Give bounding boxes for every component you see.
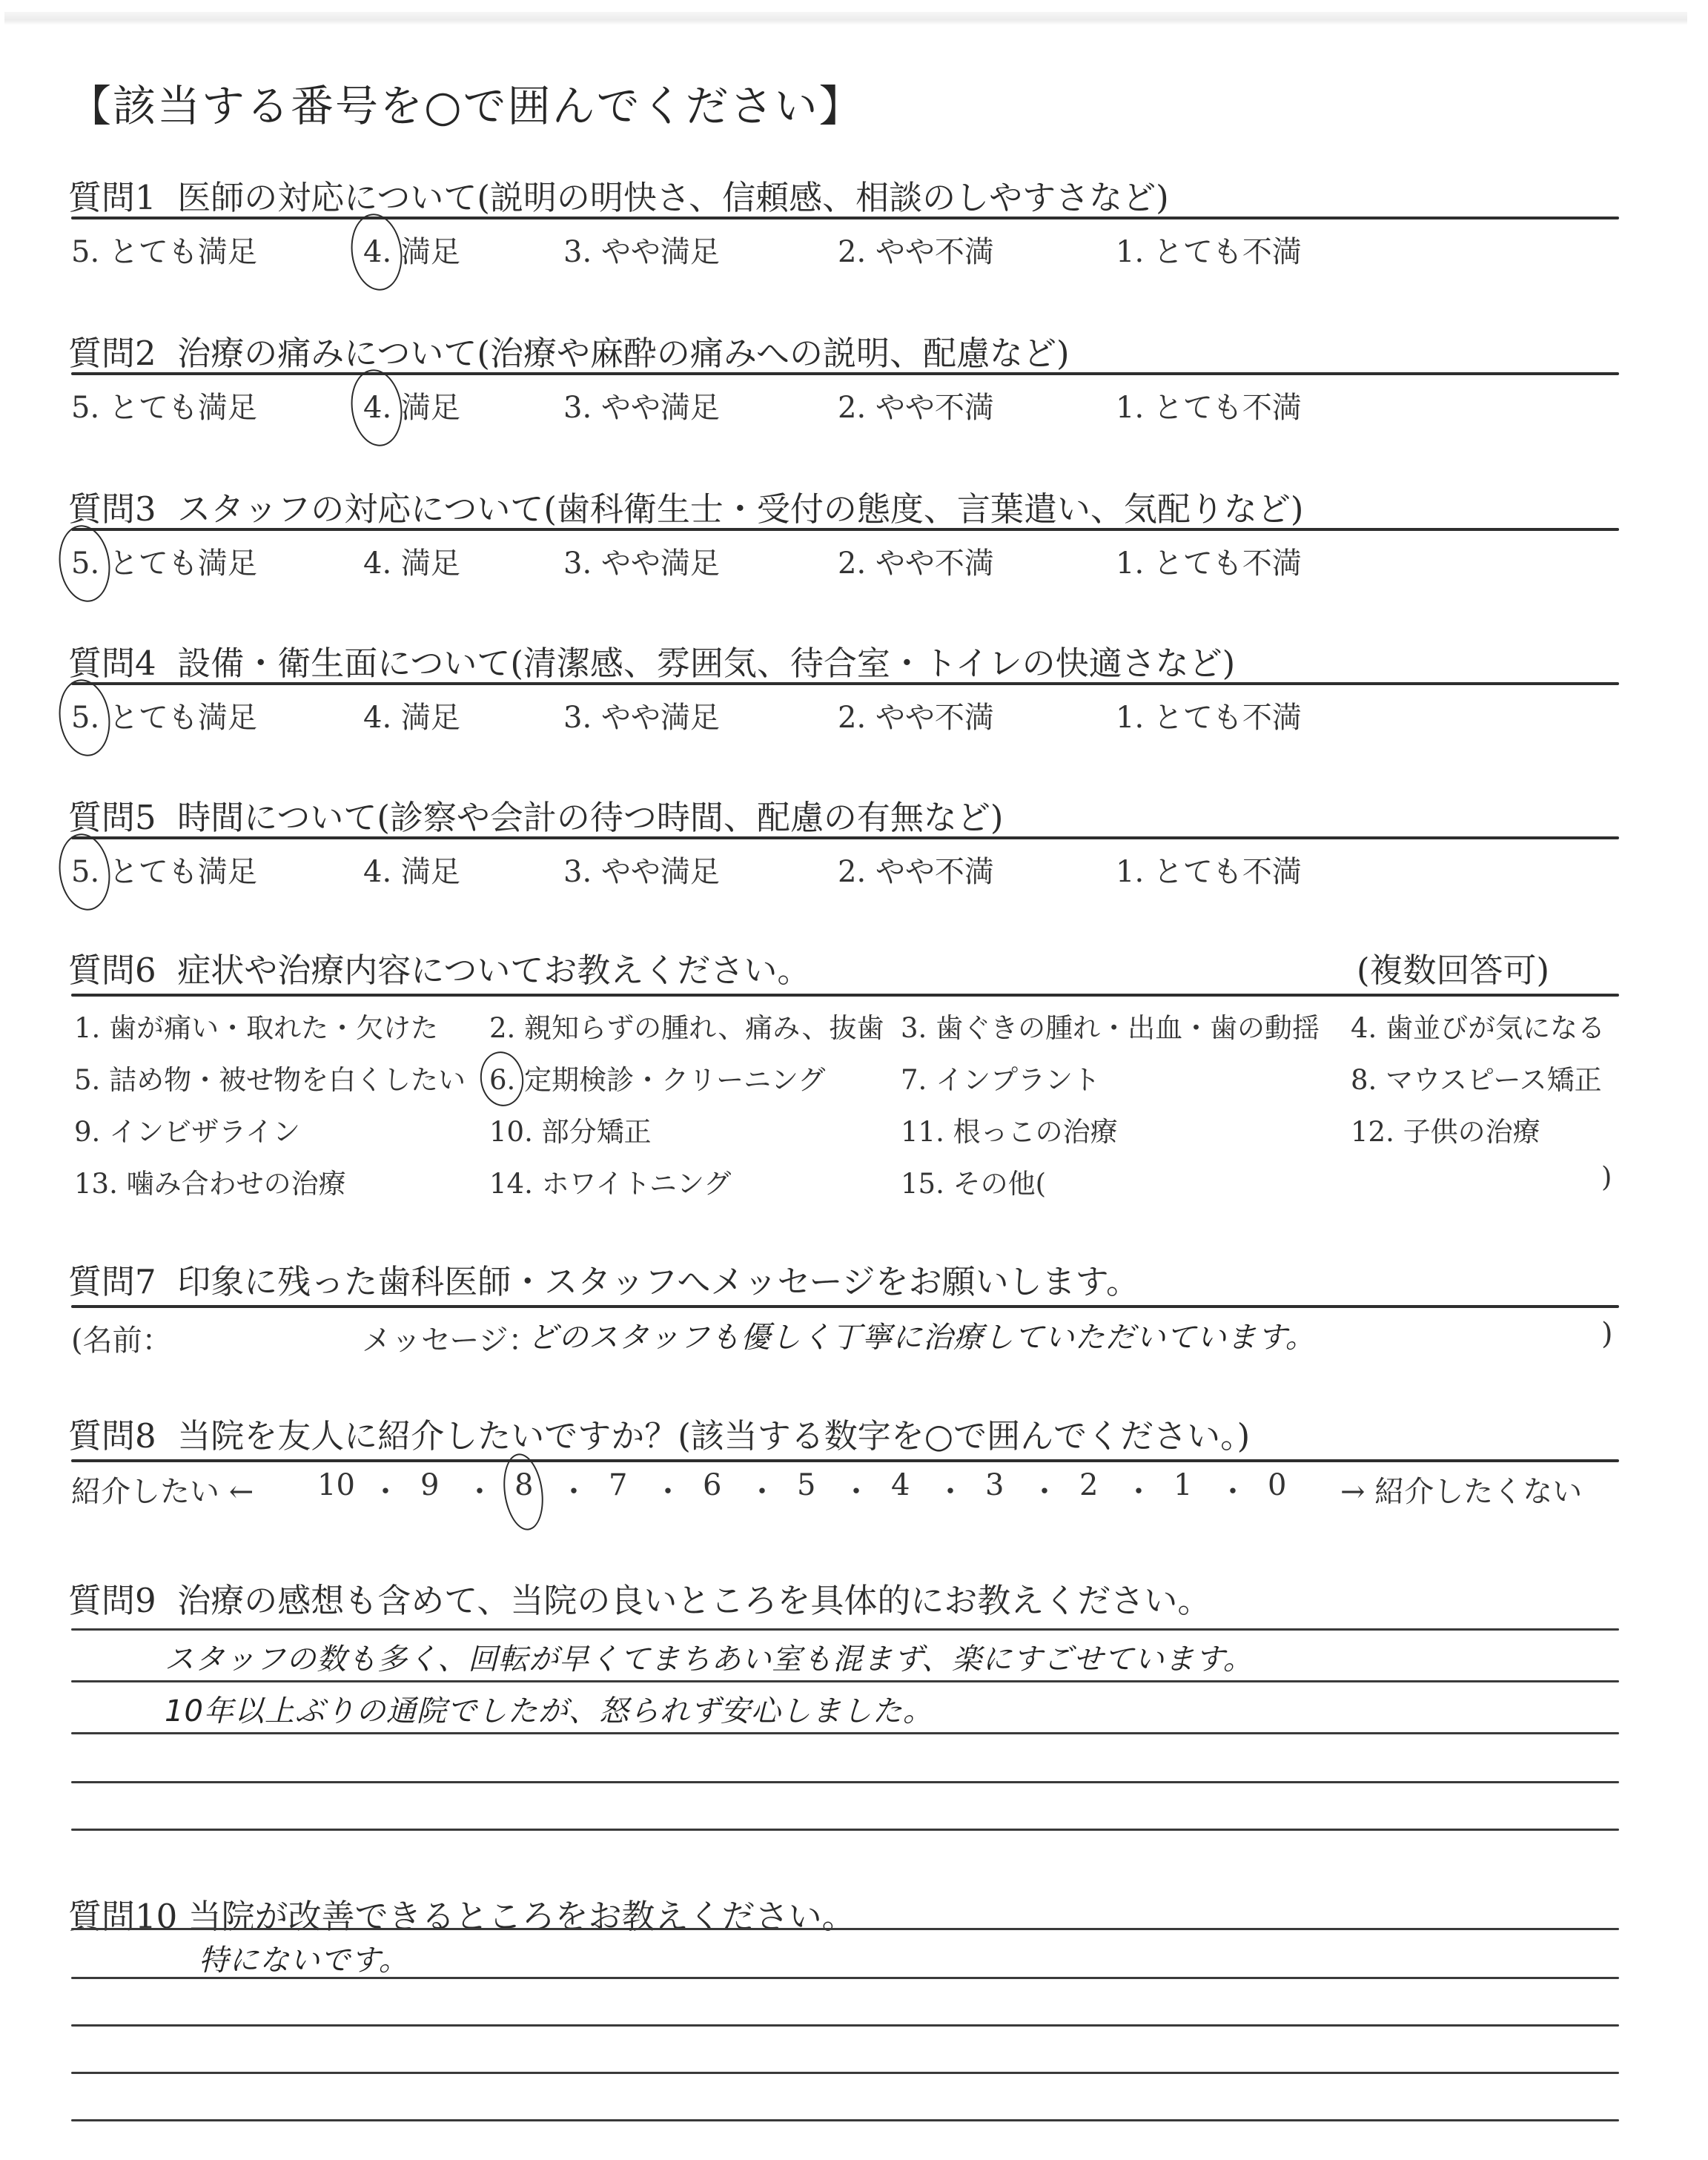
q3-option-1[interactable]: 1. とても不満 — [1116, 540, 1302, 582]
q9-answer-line-2[interactable]: 10年以上ぶりの通院でしたが、怒られず安心しました。 — [165, 1688, 933, 1730]
message-field-label: メッセージ： — [362, 1317, 538, 1359]
q5-option-4[interactable]: 4. 満足 — [363, 848, 460, 891]
q8-heading: 質問8 当院を友人に紹介したいですか？(該当する数字を○で囲んでください。) — [68, 1409, 1250, 1457]
q8-label: 質問8 — [68, 1416, 156, 1456]
q6-note: (複数回答可) — [1357, 943, 1549, 991]
recommend-right-label: → 紹介したくない — [1340, 1468, 1582, 1510]
q4-option-2[interactable]: 2. やや不満 — [838, 694, 994, 736]
q7-rule — [71, 1305, 1619, 1308]
recommend-score-6[interactable]: 6 — [703, 1468, 721, 1502]
recommend-score-7[interactable]: 7 — [609, 1468, 627, 1502]
recommend-score-10[interactable]: 10 — [317, 1468, 355, 1502]
q6-option-15[interactable]: 15. その他( — [901, 1161, 1046, 1201]
q10-line-5 — [71, 2119, 1619, 2121]
q6-label: 質問6 — [68, 951, 156, 990]
q9-line-4 — [71, 1781, 1619, 1783]
q7-close-paren: ) — [1601, 1317, 1613, 1351]
scale-separator-dot: ・ — [559, 1468, 589, 1510]
q9-heading: 質問9 治療の感想も含めて、当院の良いところを具体的にお教えください。 — [68, 1573, 1211, 1622]
recommend-score-0[interactable]: 0 — [1268, 1468, 1286, 1502]
q10-answer-line-1[interactable]: 特にないです。 — [199, 1937, 409, 1979]
selection-circle — [346, 366, 407, 449]
q6-option-4[interactable]: 4. 歯並びが気になる — [1351, 1005, 1605, 1046]
q1-rule — [71, 217, 1619, 219]
q6-option-13[interactable]: 13. 噛み合わせの治療 — [74, 1161, 346, 1201]
scale-separator-dot: ・ — [936, 1468, 965, 1510]
scale-separator-dot: ・ — [1124, 1468, 1153, 1510]
recommend-left-label: 紹介したい ← — [71, 1468, 254, 1510]
scan-edge — [4, 12, 1687, 25]
scale-separator-dot: ・ — [1218, 1468, 1248, 1510]
q2-option-1[interactable]: 1. とても不満 — [1116, 384, 1302, 426]
recommend-score-4[interactable]: 4 — [891, 1468, 910, 1502]
recommend-score-3[interactable]: 3 — [985, 1468, 1004, 1502]
recommend-score-9[interactable]: 9 — [420, 1468, 439, 1502]
q6-heading: 質問6 症状や治療内容についてお教えください。 — [68, 943, 810, 991]
q1-heading: 質問1 医師の対応について(説明の明快さ、信頼感、相談のしやすさなど) — [68, 171, 1169, 219]
q4-text: 設備・衛生面について(清潔感、雰囲気、待合室・トイレの快適さなど) — [177, 644, 1235, 683]
q7-heading: 質問7 印象に残った歯科医師・スタッフへメッセージをお願いします。 — [68, 1255, 1139, 1303]
q6-option-8[interactable]: 8. マウスピース矯正 — [1351, 1057, 1602, 1097]
q5-label: 質問5 — [68, 798, 156, 837]
q6-option-3[interactable]: 3. 歯ぐきの腫れ・出血・歯の動揺 — [901, 1005, 1320, 1046]
q6-other-close-paren: ) — [1601, 1161, 1612, 1193]
q7-label: 質問7 — [68, 1262, 156, 1301]
q6-option-9[interactable]: 9. インビザライン — [74, 1109, 300, 1149]
q10-label: 質問10 — [68, 1897, 177, 1936]
selection-circle — [54, 676, 115, 759]
q8-rule — [71, 1459, 1619, 1462]
scale-separator-dot: ・ — [747, 1468, 777, 1510]
q5-option-3[interactable]: 3. やや満足 — [563, 848, 720, 891]
q3-option-3[interactable]: 3. やや満足 — [563, 540, 720, 582]
q9-label: 質問9 — [68, 1581, 156, 1620]
q9-line-2 — [71, 1680, 1619, 1682]
selection-circle — [346, 211, 407, 294]
q1-text: 医師の対応について(説明の明快さ、信頼感、相談のしやすさなど) — [177, 178, 1168, 217]
q9-line-3 — [71, 1732, 1619, 1734]
q4-label: 質問4 — [68, 644, 156, 683]
q6-option-7[interactable]: 7. インプラント — [901, 1057, 1100, 1097]
form-instruction: 【該当する番号を○で囲んでください】 — [68, 71, 864, 133]
q2-text: 治療の痛みについて(治療や麻酔の痛みへの説明、配慮など) — [177, 334, 1069, 373]
q5-rule — [71, 836, 1619, 839]
q10-line-2 — [71, 1977, 1619, 1979]
q1-option-1[interactable]: 1. とても不満 — [1116, 228, 1302, 271]
q6-option-6[interactable]: 6. 定期検診・クリーニング — [489, 1057, 825, 1097]
q2-label: 質問2 — [68, 334, 156, 373]
q3-heading: 質問3 スタッフの対応について(歯科衛生士・受付の態度、言葉遣い、気配りなど) — [68, 482, 1303, 530]
q4-heading: 質問4 設備・衛生面について(清潔感、雰囲気、待合室・トイレの快適さなど) — [68, 636, 1235, 684]
scale-separator-dot: ・ — [841, 1468, 871, 1510]
q1-label: 質問1 — [68, 178, 156, 217]
q3-text: スタッフの対応について(歯科衛生士・受付の態度、言葉遣い、気配りなど) — [177, 489, 1303, 529]
q4-option-3[interactable]: 3. やや満足 — [563, 694, 720, 736]
selection-circle — [54, 522, 115, 605]
q6-option-2[interactable]: 2. 親知らずの腫れ、痛み、抜歯 — [489, 1005, 884, 1046]
name-field-label: (名前： — [71, 1317, 172, 1359]
q6-option-1[interactable]: 1. 歯が痛い・取れた・欠けた — [74, 1005, 438, 1046]
q10-heading: 質問10 当院が改善できるところをお教えください。 — [68, 1889, 855, 1938]
q4-rule — [71, 682, 1619, 685]
q3-rule — [71, 528, 1619, 531]
q9-line-5 — [71, 1829, 1619, 1831]
q5-option-1[interactable]: 1. とても不満 — [1116, 848, 1302, 891]
q9-answer-line-1[interactable]: スタッフの数も多く、回転が早くてまちあい室も混まず、楽にすごせています。 — [165, 1636, 1254, 1678]
q5-text: 時間について(診察や会計の待つ時間、配慮の有無など) — [177, 798, 1003, 837]
recommend-score-5[interactable]: 5 — [797, 1468, 815, 1502]
scale-separator-dot: ・ — [371, 1468, 400, 1510]
selection-circle — [54, 830, 115, 914]
q3-label: 質問3 — [68, 489, 156, 529]
q6-text: 症状や治療内容についてお教えください。 — [177, 951, 810, 990]
scale-separator-dot: ・ — [465, 1468, 494, 1510]
recommend-score-2[interactable]: 2 — [1079, 1468, 1098, 1502]
q10-line-4 — [71, 2072, 1619, 2074]
q3-option-4[interactable]: 4. 満足 — [363, 540, 460, 582]
q8-text: 当院を友人に紹介したいですか？(該当する数字を○で囲んでください。) — [177, 1416, 1250, 1456]
q2-heading: 質問2 治療の痛みについて(治療や麻酔の痛みへの説明、配慮など) — [68, 326, 1070, 374]
q6-rule — [71, 994, 1619, 997]
q1-option-2[interactable]: 2. やや不満 — [838, 228, 994, 271]
q1-option-3[interactable]: 3. やや満足 — [563, 228, 720, 271]
q2-option-3[interactable]: 3. やや満足 — [563, 384, 720, 426]
q10-line-1 — [71, 1928, 1619, 1930]
q6-option-11[interactable]: 11. 根っこの治療 — [901, 1109, 1118, 1149]
q5-option-2[interactable]: 2. やや不満 — [838, 848, 994, 891]
scale-separator-dot: ・ — [1030, 1468, 1059, 1510]
q3-option-2[interactable]: 2. やや不満 — [838, 540, 994, 582]
recommend-score-1[interactable]: 1 — [1174, 1468, 1192, 1502]
q10-text: 当院が改善できるところをお教えください。 — [188, 1897, 855, 1936]
q10-line-3 — [71, 2024, 1619, 2027]
q6-option-12[interactable]: 12. 子供の治療 — [1351, 1109, 1540, 1149]
q6-option-10[interactable]: 10. 部分矯正 — [489, 1109, 652, 1149]
q1-option-5[interactable]: 5. とても満足 — [71, 228, 257, 271]
q4-option-1[interactable]: 1. とても不満 — [1116, 694, 1302, 736]
q2-option-2[interactable]: 2. やや不満 — [838, 384, 994, 426]
selection-circle — [499, 1451, 548, 1533]
scale-separator-dot: ・ — [653, 1468, 683, 1510]
q6-option-5[interactable]: 5. 詰め物・被せ物を白くしたい — [74, 1057, 466, 1097]
q4-option-4[interactable]: 4. 満足 — [363, 694, 460, 736]
q9-text: 治療の感想も含めて、当院の良いところを具体的にお教えください。 — [177, 1581, 1211, 1620]
q6-option-14[interactable]: 14. ホワイトニング — [489, 1161, 731, 1201]
q7-text: 印象に残った歯科医師・スタッフへメッセージをお願いします。 — [177, 1262, 1139, 1301]
q9-line-1 — [71, 1628, 1619, 1631]
message-field-value[interactable]: どのスタッフも優しく丁寧に治療していただいています。 — [528, 1314, 1316, 1356]
q2-option-5[interactable]: 5. とても満足 — [71, 384, 257, 426]
q2-rule — [71, 372, 1619, 375]
q5-heading: 質問5 時間について(診察や会計の待つ時間、配慮の有無など) — [68, 790, 1003, 839]
